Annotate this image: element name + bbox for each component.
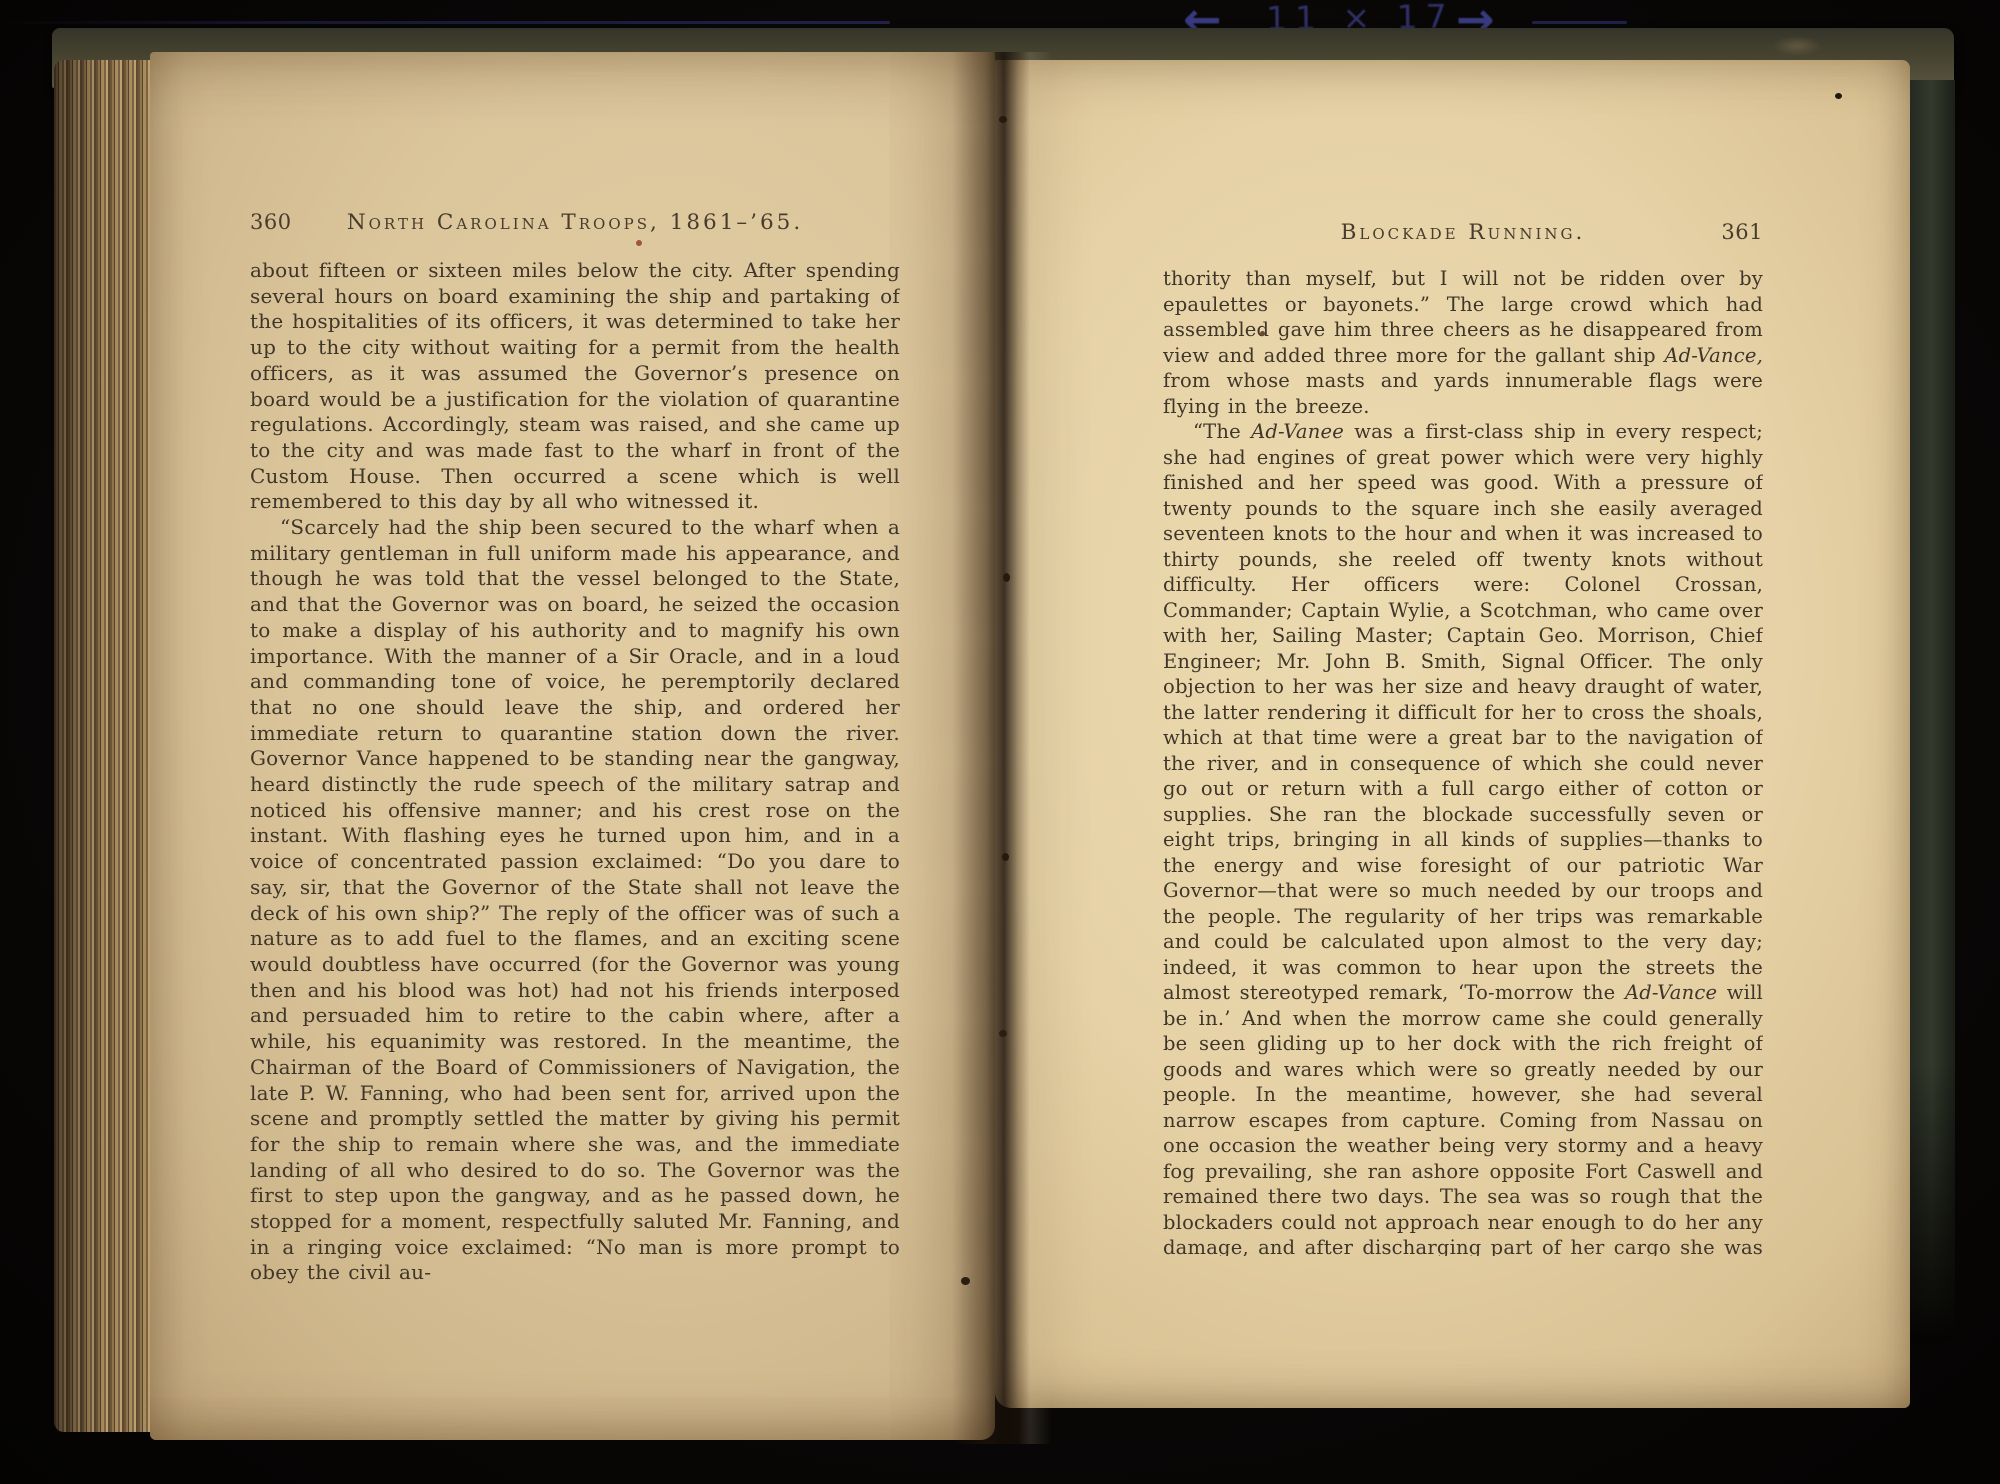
paragraph: “The Ad-Vanee was a first-class ship in …: [1163, 419, 1763, 1256]
book-cover-right-edge: [1903, 80, 1955, 1340]
paragraph: “Scarcely had the ship been secured to t…: [250, 515, 900, 1286]
paragraph: thority than myself, but I will not be r…: [1163, 266, 1763, 419]
right-running-header: Blockade Running.: [1163, 220, 1763, 245]
right-page-body: thority than myself, but I will not be r…: [1163, 266, 1763, 1256]
right-page-number: 361: [1721, 220, 1763, 244]
left-running-header: North Carolina Troops, 1861–’65.: [250, 210, 900, 235]
right-page-header: Blockade Running. 361: [1163, 220, 1763, 245]
photo-background: ← 11 × 17 → 360 North Carolina Troops, 1…: [0, 0, 2000, 1484]
left-page-number: 360: [250, 210, 292, 234]
left-page-body: about fifteen or sixteen miles below the…: [250, 258, 900, 1318]
right-page: Blockade Running. 361 thority than mysel…: [995, 60, 1910, 1408]
paragraph: about fifteen or sixteen miles below the…: [250, 258, 900, 515]
left-page: 360 North Carolina Troops, 1861–’65. abo…: [150, 52, 995, 1440]
left-page-header: 360 North Carolina Troops, 1861–’65.: [250, 210, 900, 235]
annotation-line-left: [0, 21, 890, 24]
annotation-line-right: [1532, 21, 1627, 24]
